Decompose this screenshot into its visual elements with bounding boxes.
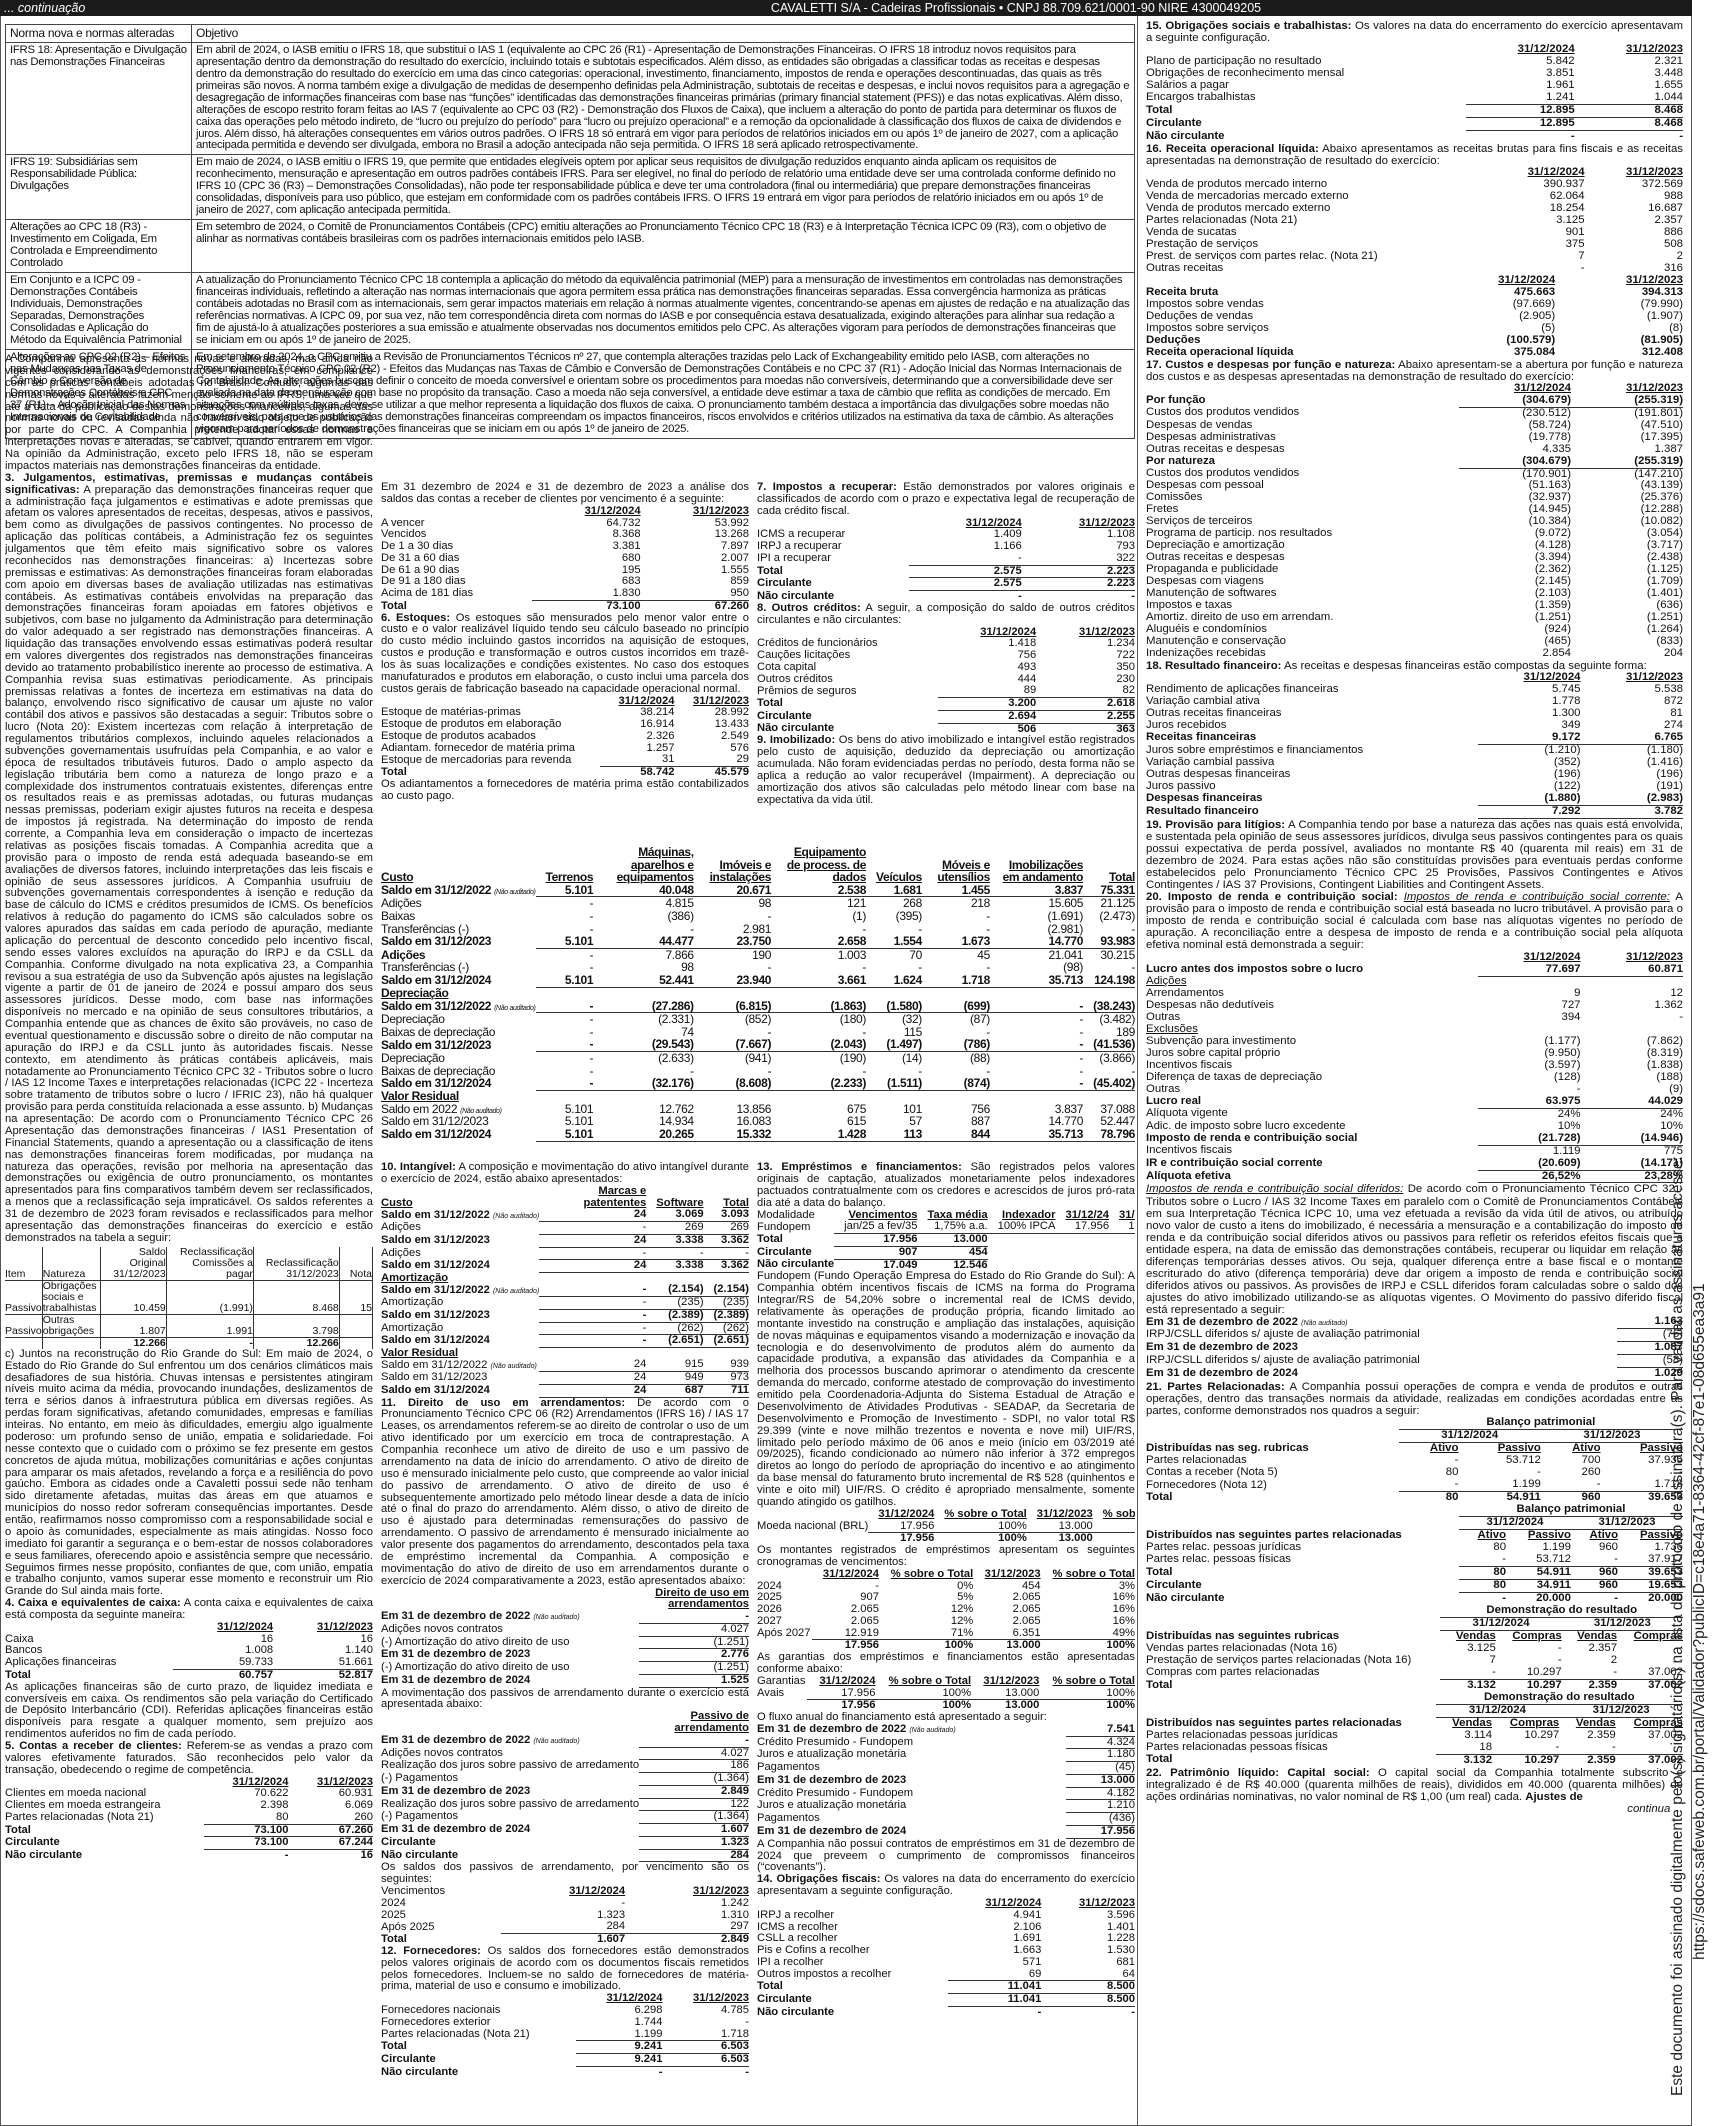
guarantees-intro-text: As garantias dos empréstimos e financiam… (757, 1651, 1135, 1675)
cell-value: Outras obrigações (42, 1314, 100, 1337)
cell-value: (190) (771, 1052, 866, 1065)
cell-value: 1.673 (922, 935, 990, 948)
cell-value: 322 (1022, 553, 1135, 565)
table-row: IRPJ/CSLL diferidos s/ ajuste de avaliaç… (1146, 1329, 1683, 1342)
cell-value: - (536, 1013, 594, 1026)
section-15: 15. Obrigações sociais e trabalhistas: O… (1146, 20, 1683, 44)
norm-name: IFRS 18: Apresentação e Divulgação nas D… (6, 42, 192, 155)
table-row: Salários a pagar1.9611.655 (1146, 80, 1683, 92)
cell-value: 269 (646, 1222, 703, 1235)
imobilizado-table-block: CustoTerrenosMáquinas, aparelhos e equip… (381, 846, 1135, 1142)
cell-value: 915 (646, 1359, 703, 1371)
row-label: (-) Pagamentos (381, 1811, 639, 1824)
cell-value: - (536, 1077, 594, 1090)
right-of-use-table: Direito de uso em arrendamentosEm 31 de … (381, 1588, 749, 1688)
cell-value: (27.286) (593, 1000, 694, 1013)
row-label: Saldo em 31/12/2023 (381, 1234, 539, 1247)
row-label: Baixas de depreciação (381, 1026, 536, 1039)
table-row: Lucro antes dos impostos sobre o lucro77… (1146, 964, 1683, 976)
cell-value: 3.338 (646, 1260, 703, 1273)
cell-value: 44.029 (1581, 1096, 1684, 1108)
column-header: 31/12/2023 (1571, 383, 1683, 395)
cell-value: (874) (922, 1077, 990, 1090)
cell-value (1478, 976, 1580, 988)
table-row: Por função(304.679)(255.319) (1146, 395, 1683, 407)
table-row: Deduções de vendas(2.905)(1.907) (1146, 311, 1683, 323)
recoverable-taxes-table: 31/12/202431/12/2023ICMS a recuperar1.40… (757, 518, 1135, 603)
cell-value: (2.651) (646, 1335, 703, 1348)
cell-value: 950 (641, 588, 749, 600)
section-9-title: 9. Imobilizado: (757, 734, 835, 746)
column-header: Imóveis e instalações (694, 846, 771, 884)
row-label: Estoque de mercadorias para revenda (381, 754, 600, 766)
cell-value (771, 1090, 866, 1103)
table-row: Despesas financeiras(1.880)(2.983) (1146, 793, 1683, 805)
table-row: Lucro real63.97544.029 (1146, 1096, 1683, 1108)
row-label: IRPJ/CSLL diferidos s/ ajuste de avaliaç… (1146, 1355, 1617, 1368)
table-header: CustoTerrenosMáquinas, aparelhos e equip… (381, 846, 1135, 884)
table-row: (-) Pagamentos(1.364) (381, 1773, 749, 1786)
column-header: 31/12/2023 (971, 1676, 1039, 1688)
table-row: Imposto de renda e contribuição social(2… (1146, 1133, 1683, 1145)
column-header: % sobre o Total (1039, 1676, 1135, 1688)
table-row: Aplicações financeiras59.73351.661 (5, 1657, 373, 1669)
table-row: Circulante1.323 (381, 1836, 749, 1849)
cell-value: 7 (1440, 1655, 1495, 1667)
row-label: De 31 a 60 dias (381, 553, 532, 565)
table-row: Adic. de imposto sobre lucro excedente10… (1146, 1121, 1683, 1133)
column-header: Objetivo (192, 25, 1135, 43)
row-label: Juros e atualização monetária (757, 1800, 1066, 1813)
fundopem-paragraph: Fundopem (Fundo Operação Empresa do Esta… (757, 1271, 1135, 1509)
cell-value: 10% (1581, 1121, 1684, 1133)
cell-value: - (639, 1735, 749, 1747)
table-row: Incentivos fiscais(3.597)(1.838) (1146, 1060, 1683, 1072)
cell-value: 24 (539, 1384, 646, 1397)
table-row: Saldo em 31/12/20245.10152.44123.9403.66… (381, 974, 1135, 987)
cell-value: 10% (1478, 1121, 1580, 1133)
table-row: Por natureza(304.679)(255.319) (1146, 456, 1683, 468)
table-row: Realização dos juros sobre passivo de ar… (381, 1798, 749, 1811)
signature-notice: Este documento foi assinado digitalmente… (1670, 1156, 1686, 2096)
row-label: 2025 (381, 1910, 501, 1922)
table-row: De 31 a 60 dias6802.007 (381, 553, 749, 565)
cell-value: 2.849 (639, 1785, 749, 1798)
row-label: Depreciação (381, 1052, 536, 1065)
table-row: Receita operacional líquida375.084312.40… (1146, 347, 1683, 359)
section-14-title: 14. Obrigações fiscais: (757, 1873, 880, 1885)
table-row: Juros passivo(122)(191) (1146, 781, 1683, 793)
cell-value: 70 (866, 948, 922, 961)
cell-value: (6.815) (694, 1000, 771, 1013)
cell-value: (9) (1581, 1084, 1684, 1096)
table-row: Em 31 de dezembro de 20231.087 (1146, 1342, 1683, 1355)
cell-value: (14) (866, 1052, 922, 1065)
cell-value: - (704, 1247, 749, 1260)
cell-value: (97.669) (1427, 299, 1555, 311)
row-label: Em 31 de dezembro de 2023 (381, 1649, 639, 1662)
cell-value: (2.233) (771, 1077, 866, 1090)
related-parties-result-1: Demonstração do resultadoDistribuídas na… (1146, 1605, 1683, 1692)
table-row: Saldo em 31/12/20245.10120.26515.3321.42… (381, 1128, 1135, 1141)
total-row: Total17.95613.000 (757, 1234, 1135, 1247)
inventory-table: 31/12/202431/12/2023Estoque de matérias-… (381, 696, 749, 779)
cell-value: 7.292 (1478, 805, 1580, 818)
section-17-title: 17. Custos e despesas por função e natur… (1146, 359, 1395, 371)
table-row: Adições-7.8661901.003704521.04130.215 (381, 948, 1135, 961)
table-row: Em 31 de dezembro de 20241.607 (381, 1824, 749, 1837)
table-row: Despesas com pessoal(51.163)(43.139) (1146, 480, 1683, 492)
cell-value: 78.796 (1083, 1128, 1135, 1141)
cell-value: - (1486, 263, 1584, 275)
cell-value: 8.468 (1575, 117, 1683, 130)
cell-value: 2.694 (938, 710, 1037, 723)
cell-value: 4.027 (639, 1623, 749, 1636)
group-header: Balanço patrimonial (1146, 1417, 1683, 1429)
row-label: Adições (381, 1222, 539, 1235)
section-6: 6. Estoques: Os estoques são mensurados … (381, 613, 749, 696)
validation-url[interactable]: https://sdocs.safeweb.com.br/portal/Vali… (1692, 1283, 1708, 1960)
row-label: Em 31 de dezembro de 2024 (757, 1825, 1066, 1838)
column-header: % sobre o Total (875, 1676, 971, 1688)
cell-value: (20.609) (1478, 1158, 1580, 1170)
column-header: 31/12/2024 (807, 1676, 875, 1688)
cell-value: (1.364) (639, 1811, 749, 1824)
cell-value: 949 (646, 1372, 703, 1385)
cell-value: 3.069 (646, 1209, 703, 1221)
section-5: 5. Contas a receber de clientes: Referem… (5, 1741, 373, 1777)
row-label: Estoque de produtos acabados (381, 731, 600, 743)
cell-value: 35.713 (990, 974, 1083, 987)
cell-value: - (662, 2066, 749, 2078)
cell-value: 7.866 (593, 948, 694, 961)
cell-value: 35.713 (990, 1128, 1083, 1141)
section-7-title: 7. Impostos a recuperar: (757, 482, 897, 493)
table-row: Custos dos produtos vendidos(230.512)(19… (1146, 407, 1683, 419)
column-3-lower: 13. Empréstimos e financiamentos: São re… (757, 1162, 1135, 2019)
cell-value: (41.536) (1083, 1038, 1135, 1051)
norms-row: IFRS 18: Apresentação e Divulgação nas D… (6, 42, 1135, 155)
table-header: 31/12/202431/12/2023 (1146, 383, 1683, 395)
cell-value: 1.210 (1066, 1800, 1135, 1813)
norms-row: Alterações ao CPC 18 (R3) - Investimento… (6, 220, 1135, 273)
cell-value: 9.241 (576, 2054, 663, 2067)
total-row: Circulante907454 (757, 1246, 1135, 1259)
row-label: Após 2025 (381, 1921, 501, 1933)
aging-intro: Em 31 dezembro de 2024 e 31 de dezembro … (381, 482, 749, 506)
intangible-table: CustoMarcas e patententesSoftwareTotalSa… (381, 1186, 749, 1398)
cell-value: (32) (866, 1013, 922, 1026)
table-row: Após 2025284297 (381, 1921, 749, 1933)
row-label: Clientes em moeda estrangeira (5, 1800, 204, 1812)
cell-value: (58.724) (1459, 420, 1571, 432)
row-label: Partes relacionadas pessoas físicas (1146, 1742, 1436, 1754)
total-row: Circulante2.5752.223 (757, 578, 1135, 591)
table-header: Vencimentos31/12/202431/12/2023 (381, 1886, 749, 1898)
cell-value: - (1581, 1012, 1684, 1024)
row-label: Despesas de vendas (1146, 420, 1459, 432)
row-label: Lucro antes dos impostos sobre o lucro (1146, 964, 1478, 976)
column-header (381, 506, 532, 518)
cell-value: 711 (704, 1384, 749, 1397)
reclassification-table: ItemNaturezaSaldo Original 31/12/2023Rec… (5, 1247, 373, 1349)
row-label: Partes relacionadas (Nota 21) (5, 1812, 204, 1824)
related-parties-balance-1: Balanço patrimonialDistribuídas nas seg.… (1146, 1417, 1683, 1504)
table-row: Saldo em 31/12/202424687711 (381, 1384, 749, 1397)
cell-value: 45 (922, 948, 990, 961)
norm-name: Em Conjunto e a ICPC 09 - Demonstrações … (6, 273, 192, 350)
table-row: De 91 a 180 dias683859 (381, 576, 749, 588)
column-header: 31/12/2024 (1478, 952, 1580, 964)
row-label: Incentivos fiscais (1146, 1145, 1478, 1157)
cell-value: (1.364) (639, 1773, 749, 1786)
signature-sidebar: Este documento foi assinado digitalmente… (1692, 0, 1713, 2126)
column-header (1146, 275, 1427, 287)
row-label: Não circulante (381, 1849, 639, 1862)
cell-value: 52.441 (593, 974, 694, 987)
row-label: Total (381, 2041, 576, 2054)
table-row: Partes relacionadas pessoas jurídicas3.1… (1146, 1730, 1683, 1742)
cell-value: 7 (1486, 251, 1584, 263)
column-header: 31/12/2023 (273, 1622, 373, 1634)
table-row: Partes relacionadas pessoas físicas18--- (1146, 1742, 1683, 1754)
table-row: Em 31 de dezembro de 2022 (Não auditado)… (1146, 1316, 1683, 1328)
table-row: Compras com partes relacionadas-10.297-3… (1146, 1667, 1683, 1679)
cell-value (866, 1090, 922, 1103)
table-row: 2024-0%4543% (757, 1581, 1135, 1593)
section-5-title: 5. Contas a receber de clientes: (5, 1740, 182, 1752)
row-label: Alíquota efetiva (1146, 1170, 1478, 1183)
table-row: Deduções(100.579)(81.905) (1146, 335, 1683, 347)
row-label: Fornecedores exterior (381, 2017, 576, 2029)
cell-value: 394.313 (1555, 287, 1683, 299)
cell-value: (47.510) (1571, 420, 1683, 432)
norm-objective: Em maio de 2024, o IASB emitiu o IFRS 19… (192, 155, 1135, 220)
cell-value: 6.765 (1581, 732, 1683, 744)
column-2-lower: 10. Intangível: A composição e movimenta… (381, 1162, 749, 2079)
section-4-note: As aplicações financeiras são de curto p… (5, 1682, 373, 1741)
cell-value (694, 1090, 771, 1103)
cell-value: (1.580) (866, 1000, 922, 1013)
row-label: Não circulante (381, 2066, 576, 2078)
cell-value: 907 (834, 1246, 917, 1259)
row-label: Saldo em 31/12/2023 (381, 1309, 539, 1322)
cell-value: 100% (875, 1688, 971, 1700)
section-13-title: 13. Empréstimos e financiamentos: (757, 1162, 962, 1173)
row-label: Saldo em 31/12/2022 (Não auditado) (381, 1209, 539, 1221)
table-row: Saldo em 31/12/2023243.3383.362 (381, 1234, 749, 1247)
cell-value: 26,52% (1478, 1170, 1580, 1183)
loan-schedule-table: 31/12/2024% sobre o Total31/12/2023% sob… (757, 1569, 1135, 1652)
section-6-note-text: Os adiantamentos a fornecedores de matér… (381, 778, 749, 802)
period-header: Distribuídos nas seguintes partes relaci… (1146, 1704, 1683, 1717)
table-row: Prêmios de seguros8982 (757, 685, 1135, 697)
row-label: IRPJ a recolher (757, 1910, 948, 1922)
cell-value: 2.575 (909, 565, 1022, 578)
row-label: De 91 a 180 dias (381, 576, 532, 588)
row-label: Contas a receber (Nota 5) (1146, 1467, 1399, 1479)
table-row: (-) Pagamentos(1.364) (381, 1811, 749, 1824)
column-header: 31/12/2023 (1581, 952, 1684, 964)
table-row: Saldo em 31/12/2023-(2.389)(2.389) (381, 1309, 749, 1322)
cell-value: 872 (1581, 696, 1683, 708)
table-row: Após 202712.91971%6.35149% (757, 1628, 1135, 1640)
row-label: Circulante (757, 578, 909, 591)
costs-expenses-table: 31/12/202431/12/2023Por função(304.679)(… (1146, 383, 1683, 660)
table-header: Garantias31/12/2024% sobre o Total31/12/… (757, 1676, 1135, 1688)
cell-value: Passivo (5, 1280, 42, 1314)
section-18-title: 18. Resultado financeiro: (1146, 660, 1281, 672)
row-label: Saldo em 31/12/2022 (Não auditado) (381, 1359, 539, 1371)
cell-value: 1,75% a.a. (918, 1221, 988, 1233)
cell-value: 20.671 (694, 884, 771, 897)
cell-value: (2.905) (1427, 311, 1555, 323)
aging-table: 31/12/202431/12/2023A vencer64.73253.992… (381, 506, 749, 613)
cell-value: - (990, 1052, 1083, 1065)
table-row: Em 31 de dezembro de 20232.849 (381, 1785, 749, 1798)
cell-value: (1.907) (1555, 311, 1683, 323)
section-6-title: 6. Estoques: (381, 612, 450, 624)
cell-value: 375.084 (1427, 347, 1555, 359)
cell-value: 113 (866, 1128, 922, 1141)
section-15-title: 15. Obrigações sociais e trabalhistas: (1146, 20, 1351, 32)
cell-value: 1.455 (922, 884, 990, 897)
table-row: Saldo em 31/12/2022 (Não auditado)249159… (381, 1359, 749, 1371)
row-label: Amortização (381, 1322, 539, 1335)
table-row: Em 31 de dezembro de 20241.525 (381, 1674, 749, 1687)
table-row: 20251.3231.310 (381, 1910, 749, 1922)
table-row: Adições-4.8159812126821815.60521.125 (381, 897, 1135, 910)
cell-value: 100% (1039, 1700, 1135, 1712)
cell-value: 73.100 (204, 1824, 288, 1837)
norm-objective: A atualização do Pronunciamento Técnico … (192, 273, 1135, 350)
row-label: Avais (757, 1688, 807, 1700)
cell-value: 973 (704, 1372, 749, 1385)
table-row: IRPJ a recolher4.9413.596 (757, 1910, 1135, 1922)
cell-value: 1.718 (662, 2029, 749, 2041)
cell-value: 939 (704, 1359, 749, 1371)
cell-value: (191.801) (1571, 407, 1683, 419)
cell-value: 297 (625, 1921, 749, 1933)
cell-value: (230.512) (1459, 407, 1571, 419)
table-row: Partes relac. pessoas jurídicas801.19996… (1146, 1542, 1683, 1554)
cell-value: 2.065 (812, 1616, 879, 1628)
table-row: Outras394- (1146, 1012, 1683, 1024)
table-row: Impostos sobre serviços(5)(8) (1146, 323, 1683, 335)
cell-value: - (204, 1850, 288, 1862)
cell-value: 89 (938, 685, 1037, 697)
row-label: Alíquota vigente (1146, 1108, 1478, 1120)
table-row: Em 31 de dezembro de 202417.956 (757, 1825, 1135, 1838)
cell-value: 2.776 (639, 1649, 749, 1662)
column-header: Vendas (1436, 1717, 1492, 1729)
row-label: IRPJ/CSLL diferidos s/ ajuste de avaliaç… (1146, 1329, 1617, 1342)
cell-value: 82 (1036, 685, 1135, 697)
row-label: Em 31 de dezembro de 2024 (1146, 1368, 1617, 1381)
cell-value: 12% (879, 1616, 973, 1628)
table-row: Em 31 de dezembro de 2022 (Não auditado)… (757, 1724, 1135, 1736)
cell-value: 16% (1041, 1616, 1135, 1628)
column-header: Compras (1492, 1717, 1559, 1729)
cell-value: (255.319) (1571, 456, 1683, 468)
cell-value: - (536, 1026, 594, 1039)
section-c-text: c) Juntos na reconstrução do Rio Grande … (5, 1348, 373, 1598)
row-label: 2027 (757, 1616, 812, 1628)
row-label: 2024 (381, 1898, 501, 1910)
cell-value: 23.940 (694, 974, 771, 987)
table-row: Em 31 de dezembro de 2022 (Não auditado)… (381, 1735, 749, 1747)
cell-value: 24 (539, 1260, 646, 1273)
guarantees-table: Garantias31/12/2024% sobre o Total31/12/… (757, 1676, 1135, 1712)
row-label: IPI a recolher (757, 1957, 948, 1969)
row-label: Fornecedores nacionais (381, 2005, 576, 2017)
aging-intro-text: Em 31 dezembro de 2024 e 31 de dezembro … (381, 482, 749, 505)
row-label: Realização dos juros sobre passivo de ar… (381, 1798, 639, 1811)
row-label: Adições novos contratos (381, 1623, 639, 1636)
table-row: Juros recebidos349274 (1146, 720, 1683, 732)
column-header: Saldo Original 31/12/2023 (100, 1247, 166, 1281)
row-label: 2026 (757, 1604, 812, 1616)
section-12: 12. Fornecedores: Os saldos dos forneced… (381, 1946, 749, 1994)
row-label: Compras com partes relacionadas (1146, 1667, 1440, 1679)
table-row: Adições novos contratos4.027 (381, 1623, 749, 1636)
cell-value (339, 1314, 372, 1337)
row-label: Despesas não dedutíveis (1146, 1000, 1478, 1012)
table-row: Outros créditos444230 (757, 674, 1135, 686)
table-header: ItemNaturezaSaldo Original 31/12/2023Rec… (5, 1247, 373, 1281)
covenants-paragraph: A Companhia não possui contratos de empr… (757, 1839, 1135, 1875)
cell-value: 31 (600, 754, 674, 766)
not-audited-note: (Não auditado) (1301, 1320, 1347, 1327)
cell-value: (395) (866, 910, 922, 923)
column-header: Vendas (1559, 1717, 1615, 1729)
total-row: Circulante73.10067.244 (5, 1837, 373, 1850)
row-label: Juros recebidos (1146, 720, 1478, 732)
table-row: IRPJ/CSLL diferidos s/ ajuste de avaliaç… (1146, 1355, 1683, 1368)
cell-value: 10.297 (1496, 1667, 1562, 1679)
cell-value: (786) (922, 1038, 990, 1051)
cell-value: 17.956 (868, 1521, 934, 1533)
cell-value: 71% (879, 1628, 973, 1640)
table-row: Outras receitas e despesas4.3351.387 (1146, 444, 1683, 456)
table-header: 31/12/202431/12/2023 (381, 506, 749, 518)
norm-name: IFRS 19: Subsidiárias sem Responsabilida… (6, 155, 192, 220)
table-row: Cota capital493350 (757, 662, 1135, 674)
loan-schedule-intro: Os montantes registrados de empréstimos … (757, 1545, 1135, 1569)
cell-value: 5.101 (536, 1128, 594, 1141)
column-3: 7. Impostos a recuperar: Estão demonstra… (757, 482, 1135, 807)
section-7: 7. Impostos a recuperar: Estão demonstra… (757, 482, 1135, 518)
cell-value: 260 (289, 1812, 374, 1824)
loans-table: ModalidadeVencimentosTaxa médiaIndexador… (757, 1210, 1135, 1272)
section-20-title: 20. Imposto de renda e contribuição soci… (1146, 891, 1398, 903)
cell-value: 80 (1459, 1542, 1506, 1554)
right-column: 15. Obrigações sociais e trabalhistas: O… (1138, 16, 1692, 2126)
row-label: Circulante (381, 1836, 639, 1849)
cell-value: 24 (539, 1234, 646, 1247)
cell-value: (699) (922, 1000, 990, 1013)
table-row: Impostos sobre vendas(97.669)(79.990) (1146, 299, 1683, 311)
row-label: Cota capital (757, 662, 938, 674)
row-label: Juros e atualização monetária (757, 1749, 1066, 1762)
row-label: Adic. de imposto sobre lucro excedente (1146, 1121, 1478, 1133)
row-label: Saldo em 31/12/2024 (381, 1260, 539, 1273)
cell-value: (21.728) (1478, 1133, 1580, 1145)
cell-value: (14.946) (1581, 1133, 1684, 1145)
row-label: Moeda nacional (BRL) (757, 1521, 868, 1533)
loan-flow-intro: O fluxo anual do financiamento está apre… (757, 1712, 1135, 1724)
row-label: Impostos sobre serviços (1146, 323, 1427, 335)
